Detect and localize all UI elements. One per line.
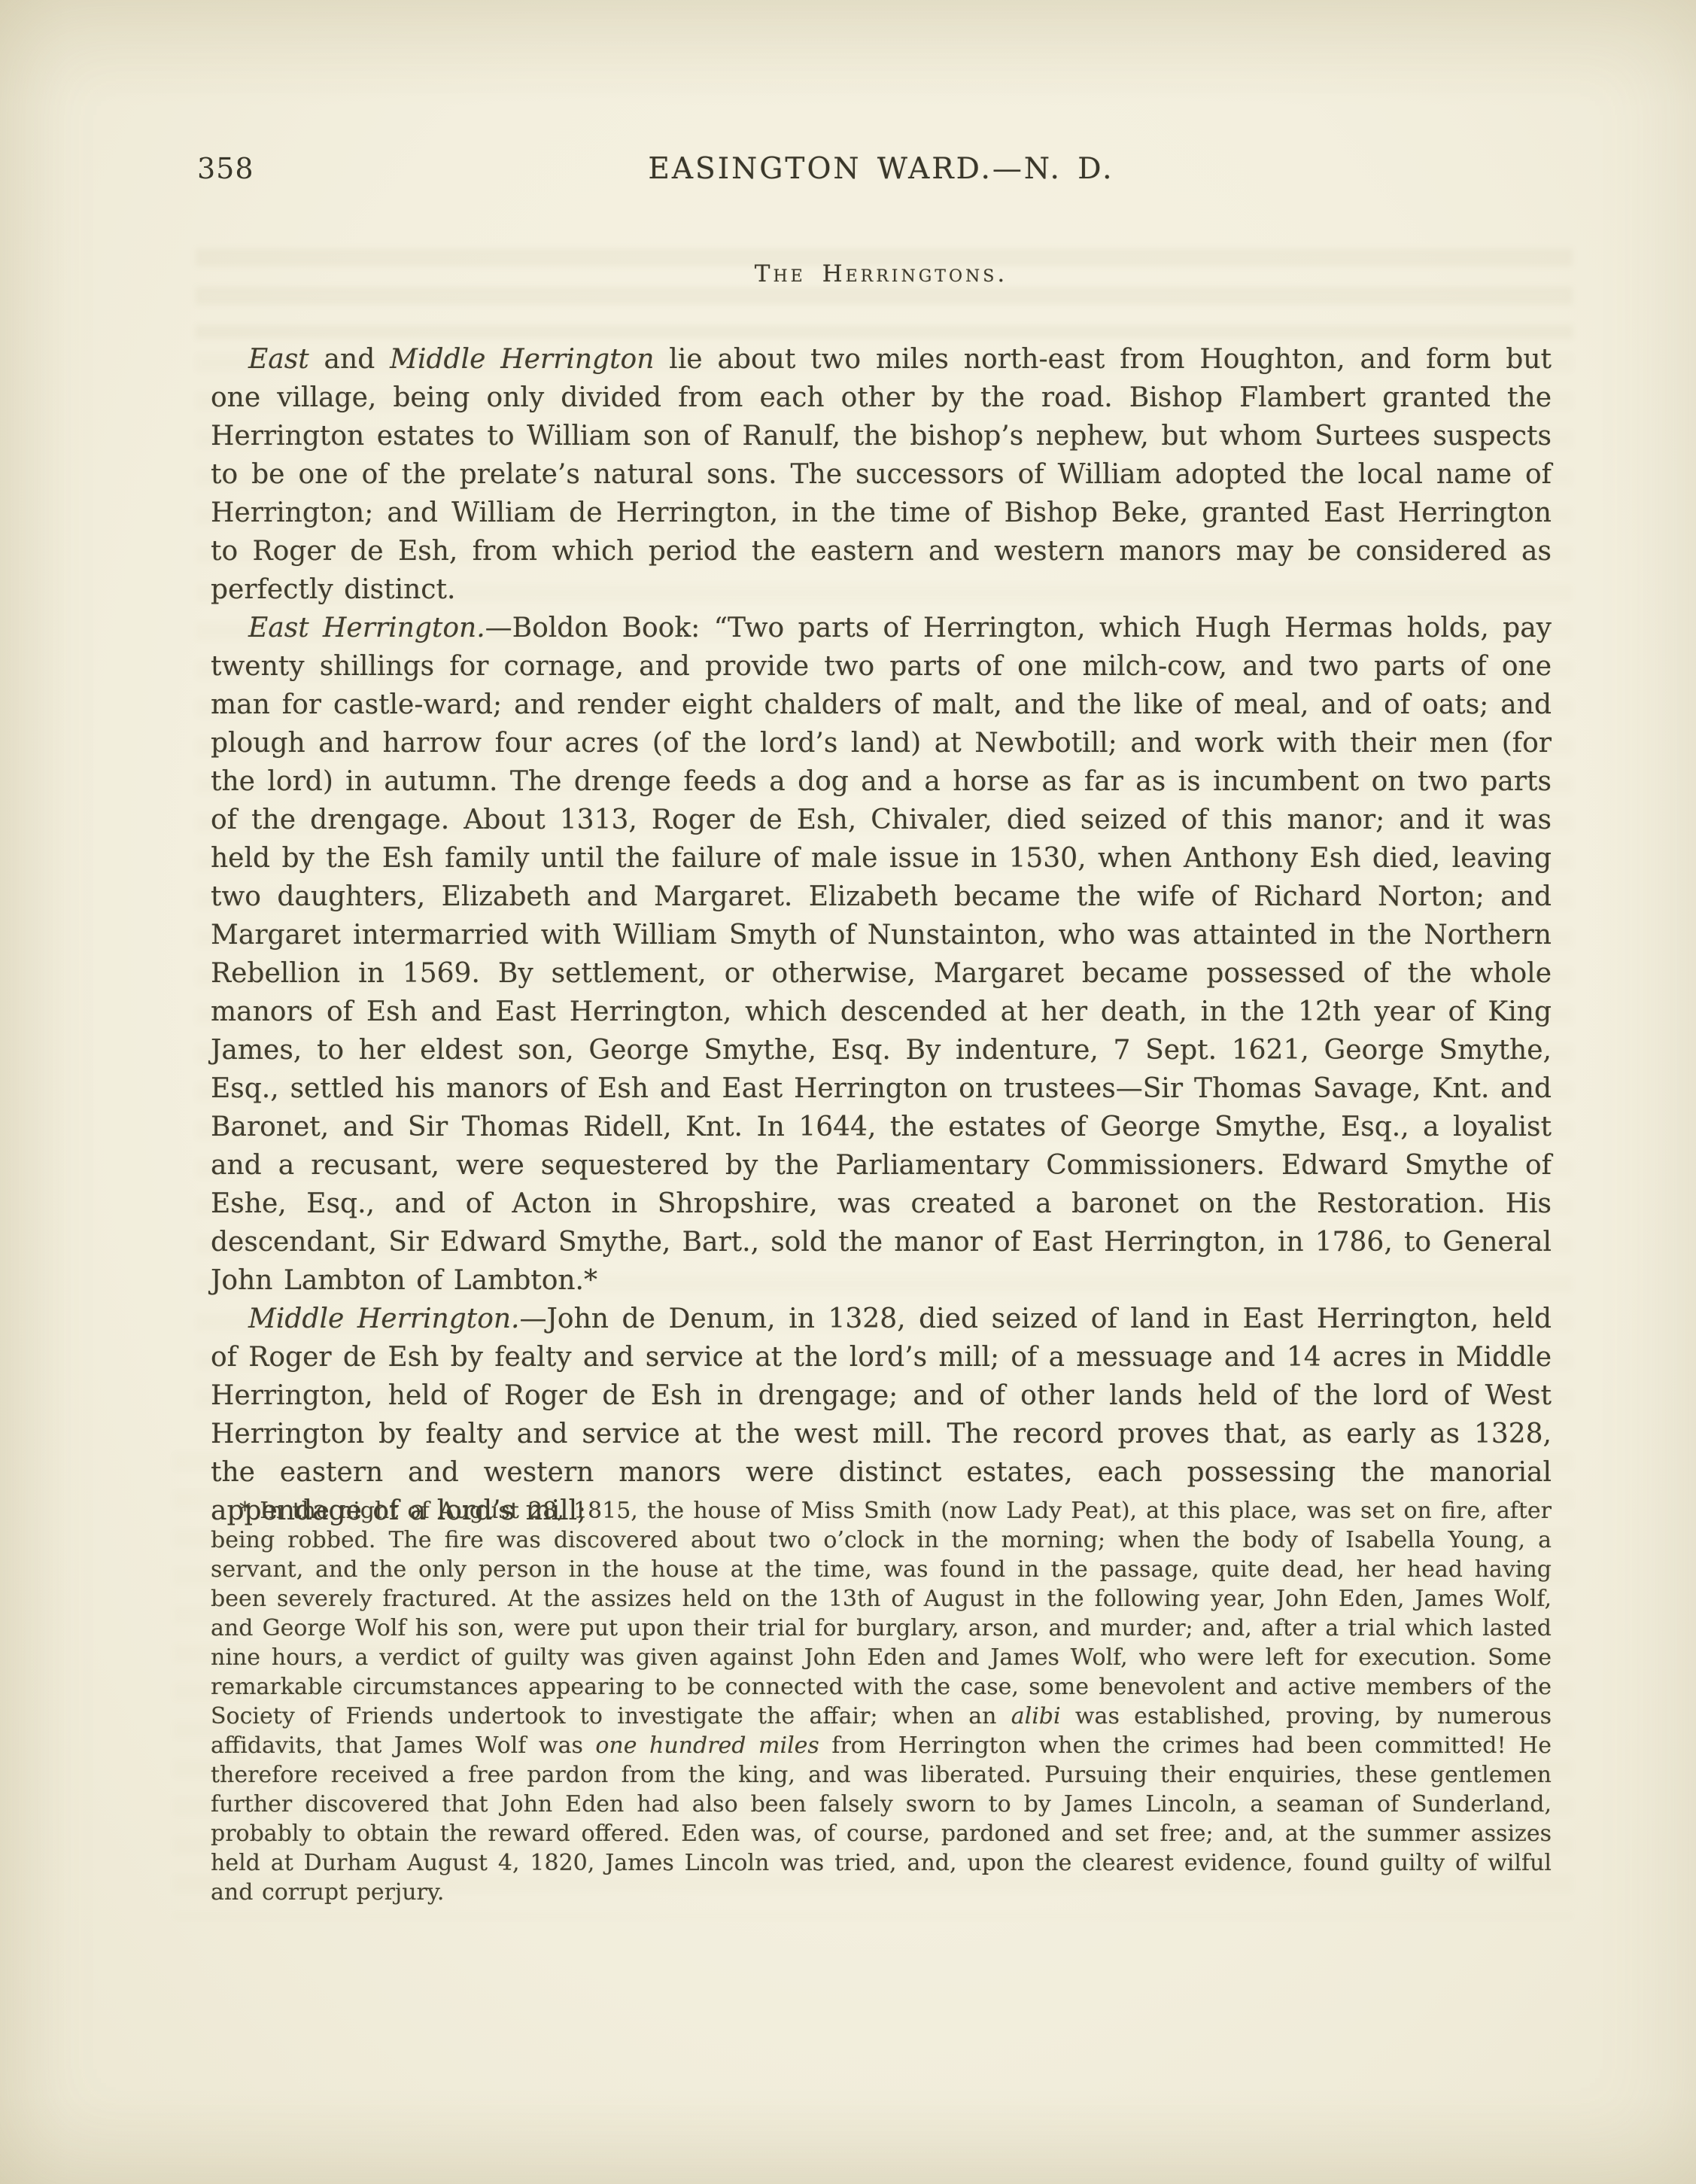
text-segment: East	[248, 344, 309, 375]
book-page: 358 EASINGTON WARD.—N. D. The Herrington…	[0, 0, 1696, 2184]
paragraph-east-herrington: East Herrington.—Boldon Book: “Two parts…	[211, 609, 1552, 1300]
page-header: 358 EASINGTON WARD.—N. D.	[211, 152, 1552, 190]
text-segment: —Boldon Book: “Two parts of Herrington, …	[211, 613, 1552, 1296]
text-segment: and	[309, 344, 390, 375]
text-segment: East Herrington.	[248, 613, 485, 643]
main-text: East and Middle Herrington lie about two…	[211, 340, 1552, 1530]
text-segment: —John de Denum, in 1328, died seized of …	[211, 1303, 1552, 1526]
text-segment: * In the night of August 28, 1815, the h…	[211, 1498, 1552, 1729]
footnote: * In the night of August 28, 1815, the h…	[211, 1496, 1552, 1907]
text-segment: one hundred miles	[595, 1732, 819, 1759]
text-segment: Middle Herrington	[390, 344, 654, 375]
text-segment: Middle Herrington.	[248, 1303, 520, 1334]
section-title: The Herringtons.	[211, 260, 1552, 287]
running-header: EASINGTON WARD.—N. D.	[211, 152, 1552, 186]
paragraph-intro-east-and-middle-herrington: East and Middle Herrington lie about two…	[211, 340, 1552, 609]
text-segment: lie about two miles north-east from Houg…	[211, 344, 1552, 605]
text-segment: alibi	[1011, 1703, 1061, 1729]
footnote-paragraph: * In the night of August 28, 1815, the h…	[211, 1496, 1552, 1907]
